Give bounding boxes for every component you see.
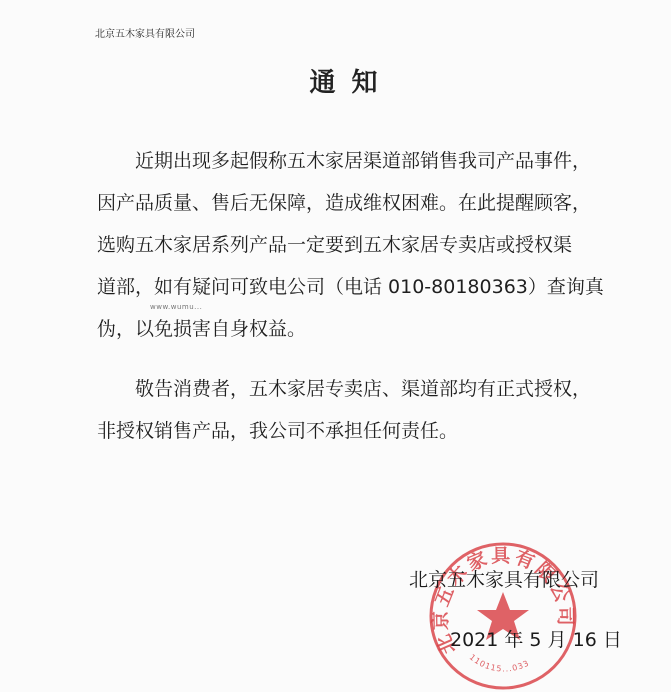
seal-number: 110115...033 — [468, 653, 531, 674]
paragraph-1: 近期出现多起假称五木家居渠道部销售我司产品事件， 因产品质量、售后无保障，造成维… — [97, 140, 637, 350]
paragraph-line: 伪，以免损害自身权益。 — [97, 308, 637, 350]
signature-company: 北京五木家具有限公司 — [409, 565, 599, 592]
document-body: 近期出现多起假称五木家居渠道部销售我司产品事件， 因产品质量、售后无保障，造成维… — [97, 140, 637, 452]
svg-text:110115...033: 110115...033 — [468, 653, 531, 674]
paragraph-line: 道部，如有疑问可致电公司（电话 010-80180363）查询真 — [97, 266, 637, 308]
watermark-overlay: www.wumu... — [150, 303, 202, 311]
paragraph-line: 因产品质量、售后无保障，造成维权困难。在此提醒顾客， — [97, 182, 637, 224]
paragraph-line: 选购五木家居系列产品一定要到五木家居专卖店或授权渠 — [97, 224, 637, 266]
notice-document: 北京五木家具有限公司 通知 近期出现多起假称五木家居渠道部销售我司产品事件， 因… — [0, 0, 671, 692]
document-title: 通知 — [0, 62, 671, 99]
paragraph-line: 敬告消费者，五木家居专卖店、渠道部均有正式授权， — [97, 368, 637, 410]
paragraph-line: 非授权销售产品，我公司不承担任何责任。 — [97, 410, 637, 452]
paragraph-line: 近期出现多起假称五木家居渠道部销售我司产品事件， — [97, 140, 637, 182]
paragraph-2: 敬告消费者，五木家居专卖店、渠道部均有正式授权， 非授权销售产品，我公司不承担任… — [97, 368, 637, 452]
header-company-name: 北京五木家具有限公司 — [95, 25, 195, 40]
signature-date: 2021 年 5 月 16 日 — [450, 625, 622, 652]
company-seal: 北京五木家具有限公司 110115...033 — [427, 540, 579, 692]
